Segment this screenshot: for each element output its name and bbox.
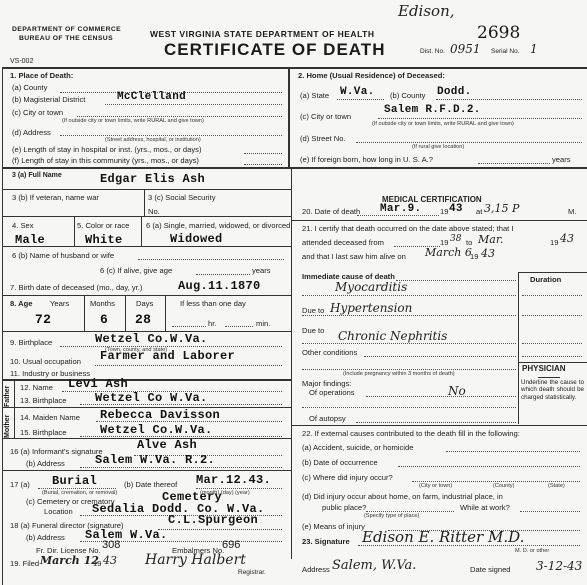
signature-value: Edison E. Ritter M.D. [362,528,524,546]
cell-divider [141,216,142,246]
foreign-label: (e) If foreign born, how long in U. S. A… [300,155,433,164]
public-place-field[interactable] [366,511,454,512]
signature-address-value: Salem, W.Va. [332,558,416,573]
home-city-note: (If outside city or town limits, write R… [372,121,514,127]
due-to-value-2: Chronic Nephritis [338,329,447,343]
row-divider [291,425,587,426]
duration-field-2[interactable] [522,315,582,316]
place-type-label: (d) Did injury occur about home, on farm… [302,492,503,501]
where-note-county: (County) [493,483,514,489]
father-name-label: 12. Name [20,383,53,392]
funeral-address-label: (b) Address [26,533,65,542]
spouse-field[interactable] [138,259,284,260]
street-label: (d) Street No. [300,134,346,143]
death-time: 3,15 P [484,202,519,215]
occurrence-date-field[interactable] [398,466,580,467]
row-divider [2,216,291,217]
operations-field[interactable] [366,396,516,397]
duration-heading: Duration [530,275,561,284]
home-city-value: Salem R.F.D.2. [384,104,481,116]
birth-value: Aug.11.1870 [178,279,261,293]
autopsy-field[interactable] [356,422,516,423]
birthplace-field[interactable] [60,346,282,347]
where-label: (c) Where did injury occur? [302,473,393,482]
years-label: Years [50,299,69,308]
mother-birthplace-label: 15. Birthplace [20,428,66,437]
last-seen-year: 43 [481,247,495,260]
stay-hospital-field[interactable] [244,153,282,154]
physician-underline [538,377,560,378]
county-label: (a) County [12,83,47,92]
at-work-field[interactable] [520,511,580,512]
autopsy-label: Of autopsy [309,414,346,423]
filed-year-prefix: 19 [93,559,101,568]
pregnancy-note: (Include pregnancy within 3 months of de… [343,371,455,377]
marital-value: Widowed [170,232,223,246]
foreign-years: years [552,155,571,164]
home-heading: 2. Home (Usual Residence) of Deceased: [298,71,445,80]
birthplace-value: Wetzel Co.W.Va. [95,332,208,346]
informant-address-field[interactable] [80,467,282,468]
less-than-day-label: If less than one day [180,299,246,308]
stay-community-field[interactable] [244,164,282,165]
address-field[interactable] [60,135,282,136]
row-divider [2,189,291,190]
address-note: (Street address, hospital, or institutio… [105,137,201,143]
immediate-cause-value: Myocarditis [335,280,407,294]
informant-address-value: Salem W.Va. R.2. [95,453,215,467]
father-tag: Father [4,386,11,407]
occupation-value: Farmer and Laborer [100,349,235,363]
death-time-suffix: M. [568,207,576,216]
date-of-death-label: 20. Date of death [302,207,360,216]
mother-tag: Mother [4,415,11,438]
state-dept-name: WEST VIRGINIA STATE DEPARTMENT OF HEALTH [150,29,374,39]
informant-value: Alve Ash [137,438,197,452]
row-divider [2,379,291,381]
location-label: Location [44,507,73,516]
at-work-label: While at work? [460,503,510,512]
duration-field-4[interactable] [522,356,582,357]
death-certificate: Edison, DEPARTMENT OF COMMERCE BUREAU OF… [0,0,587,585]
physician-heading: PHYSICIAN [522,364,566,373]
spouse-age-years: years [252,266,271,275]
other-conditions-field-2[interactable] [302,369,516,370]
filed-label: 19. Filed [10,559,39,568]
death-year-prefix: 19 [440,207,448,216]
burial-field[interactable] [38,488,116,489]
home-city-field[interactable] [378,118,582,119]
burial-value: Burial [52,474,97,488]
due-to-label-1: Due to [302,306,324,315]
registrar-signature: Harry Halbert [145,552,246,568]
due-to-field-2[interactable] [302,343,516,344]
license-value: 308 [102,539,120,551]
due-to-value-1: Hypertension [330,301,412,315]
md-note: M. D. or other [515,548,549,554]
last-seen-value: March 6 [425,246,472,259]
embalmer-value: 696 [222,539,240,551]
registrar-label: Registrar. [238,569,266,576]
attended-to: Mar. [478,233,503,246]
funeral-director-field[interactable] [158,529,282,530]
district-label: (b) Magisterial District [12,95,85,104]
frame-left-line [2,67,3,585]
hours-field[interactable] [172,326,206,327]
foreign-field[interactable] [478,163,550,164]
dept-line-2: BUREAU OF THE CENSUS [12,35,120,42]
mother-birthplace-value: Wetzel Co.W.Va. [100,423,213,437]
cell-divider [165,295,166,331]
other-conditions-field[interactable] [364,356,516,357]
district-field[interactable] [105,104,282,105]
city-label: (c) City or town [12,108,63,117]
immediate-cause-line [396,280,516,281]
informant-address-label: (b) Address [26,459,65,468]
findings-field[interactable] [302,407,516,408]
sex-label: 4. Sex [12,221,34,230]
street-note: (If rural give location) [412,144,464,150]
where-note-city: (City or town) [419,483,452,489]
cell-divider [144,189,145,216]
minutes-field[interactable] [225,326,253,327]
public-place-note: (Specify type of place) [364,513,419,519]
duration-field-1[interactable] [522,295,582,296]
burial-note: (Burial, cremation, or removal) [42,490,117,496]
due-to-field-1[interactable] [302,315,516,316]
days-label: Days [136,299,153,308]
certificate-number: 2698 [477,23,520,43]
occupation-label: 10. Usual occupation [10,357,81,366]
race-label: 5. Color or race [77,221,129,230]
section-divider-top [288,67,290,167]
full-name-label: 3 (a) Full Name [12,172,62,179]
street-field[interactable] [356,142,582,143]
external-heading: 22. If external causes contributed to th… [302,429,520,438]
operations-label: Of operations [309,388,355,397]
attended-to-prefix: 19 [550,238,558,247]
birth-label: 7. Birth date of deceased (mo., day, yr.… [10,283,142,292]
attended-to-year: 43 [560,232,574,245]
operations-value: No [448,384,466,398]
major-findings-label: Major findings: [302,379,351,388]
cell-divider [125,295,126,331]
last-seen-prefix: 19 [470,252,478,261]
means-label: (e) Means of injury [302,522,365,531]
certify-text: 21. I certify that death occurred on the… [302,224,514,233]
occupation-field[interactable] [95,365,282,366]
date-of-death-field[interactable] [357,215,439,216]
row-divider [2,246,291,247]
full-name-value: Edgar Elis Ash [100,172,205,186]
ssn-no-label: No. [148,207,160,216]
cell-divider [84,295,85,331]
father-birthplace-label: 13. Birthplace [20,396,66,405]
mother-name-value: Rebecca Davisson [100,408,220,422]
immediate-cause-field[interactable] [302,295,516,296]
sex-value: Male [15,233,45,247]
certificate-title: CERTIFICATE OF DEATH [164,40,385,60]
burial-label: 17 (a) [10,480,30,489]
row-divider [291,220,587,221]
parent-tag-divider [14,380,15,438]
due-to-label-2: Due to [302,326,324,335]
serial-label: Serial No. [491,48,520,55]
city-note: (If outside city or town limits, write R… [62,118,204,124]
race-value: White [85,233,123,247]
veteran-label: 3 (b) If veteran, name war [12,193,99,202]
father-birthplace-value: Wetzel Co W.Va. [95,391,208,405]
place-of-death-heading: 1. Place of Death: [10,71,73,80]
burial-date-value: Mar.12.43. [196,473,271,487]
date-signed-label: Date signed [470,565,511,574]
city-field[interactable] [77,116,282,117]
home-state-label: (a) State [300,91,329,100]
ssn-label: 3 (c) Social Security [148,193,216,202]
spouse-age-field[interactable] [196,274,250,275]
date-of-death-value: Mar.9. [380,203,421,215]
date-signed-value: 3-12-43 [536,559,582,573]
duration-field-3[interactable] [522,343,582,344]
accident-label: (a) Accident, suicide, or homicide [302,443,413,452]
attended-from-year: 38 [450,234,461,244]
home-city-label: (c) City or town [300,112,351,121]
physician-note: Underline the cause to which death shoul… [521,379,584,401]
where-note-state: (State) [548,483,565,489]
spouse-age-label: 6 (c) If alive, give age [100,266,172,275]
death-year: 43 [449,203,463,215]
stay-community-label: (f) Length of stay in this community (yr… [12,156,199,165]
occurrence-date-label: (b) Date of occurrence [302,458,378,467]
at-label: at [476,207,482,216]
frame-top-line [2,67,587,69]
birthplace-label: 9. Birthplace [10,338,52,347]
years-value: 72 [35,312,51,327]
dist-label: Dist. No. [420,48,445,55]
cell-divider [74,216,75,246]
mother-name-label: 14. Maiden Name [20,413,80,422]
home-state-value: W.Va. [340,86,375,98]
funeral-address-value: Salem W.Va. [85,528,168,542]
min-label: min. [256,319,270,328]
other-conditions-label: Other conditions [302,348,357,357]
age-label: 8. Age [10,299,33,308]
duration-box-top [518,272,587,273]
row-divider [2,295,291,296]
signature-label: 23. Signature [302,537,350,546]
address-label: (d) Address [12,128,51,137]
handwritten-note: Edison, [398,2,455,20]
home-state-field[interactable] [337,99,384,100]
column-divider [291,169,292,559]
public-place-label: public place? [322,503,366,512]
hr-label: hr. [208,319,216,328]
burial-date-label: (b) Date thereof [124,480,177,489]
father-name-value: Levi Ash [68,377,128,391]
home-county-value: Dodd. [437,86,472,98]
spouse-label: 6 (b) Name of husband or wife [12,251,114,260]
days-value: 28 [135,312,151,327]
attended-label: attended deceased from [302,238,384,247]
last-seen-label: and that I last saw him alive on [302,252,406,261]
section-1-2-bottom [2,167,587,169]
dept-line-1: DEPARTMENT OF COMMERCE [12,26,120,33]
funeral-director-value: C.L.Spurgeon [168,513,258,527]
home-county-label: (b) County [390,91,425,100]
physician-box-top [518,362,587,363]
dist-number: 0951 [450,42,481,56]
months-value: 6 [100,312,108,327]
months-label: Months [90,299,115,308]
row-divider [2,470,291,471]
duration-box-left [518,272,519,424]
marital-label: 6 (a) Single, married, widowed, or divor… [146,221,290,230]
form-number: VS-002 [10,58,33,65]
burial-date-field[interactable] [196,488,282,489]
stay-hospital-label: (e) Length of stay in hospital or inst. … [12,145,202,154]
accident-field[interactable] [446,451,580,452]
signature-address-label: Address [302,565,330,574]
serial-number: 1 [530,42,538,56]
home-county-field[interactable] [436,99,582,100]
informant-label: 16 (a) Informant's signature [10,447,103,456]
district-value: McClelland [117,91,186,103]
where-field[interactable] [412,481,580,482]
filed-value: March 12 [40,554,99,567]
filed-year: 43 [103,554,117,567]
